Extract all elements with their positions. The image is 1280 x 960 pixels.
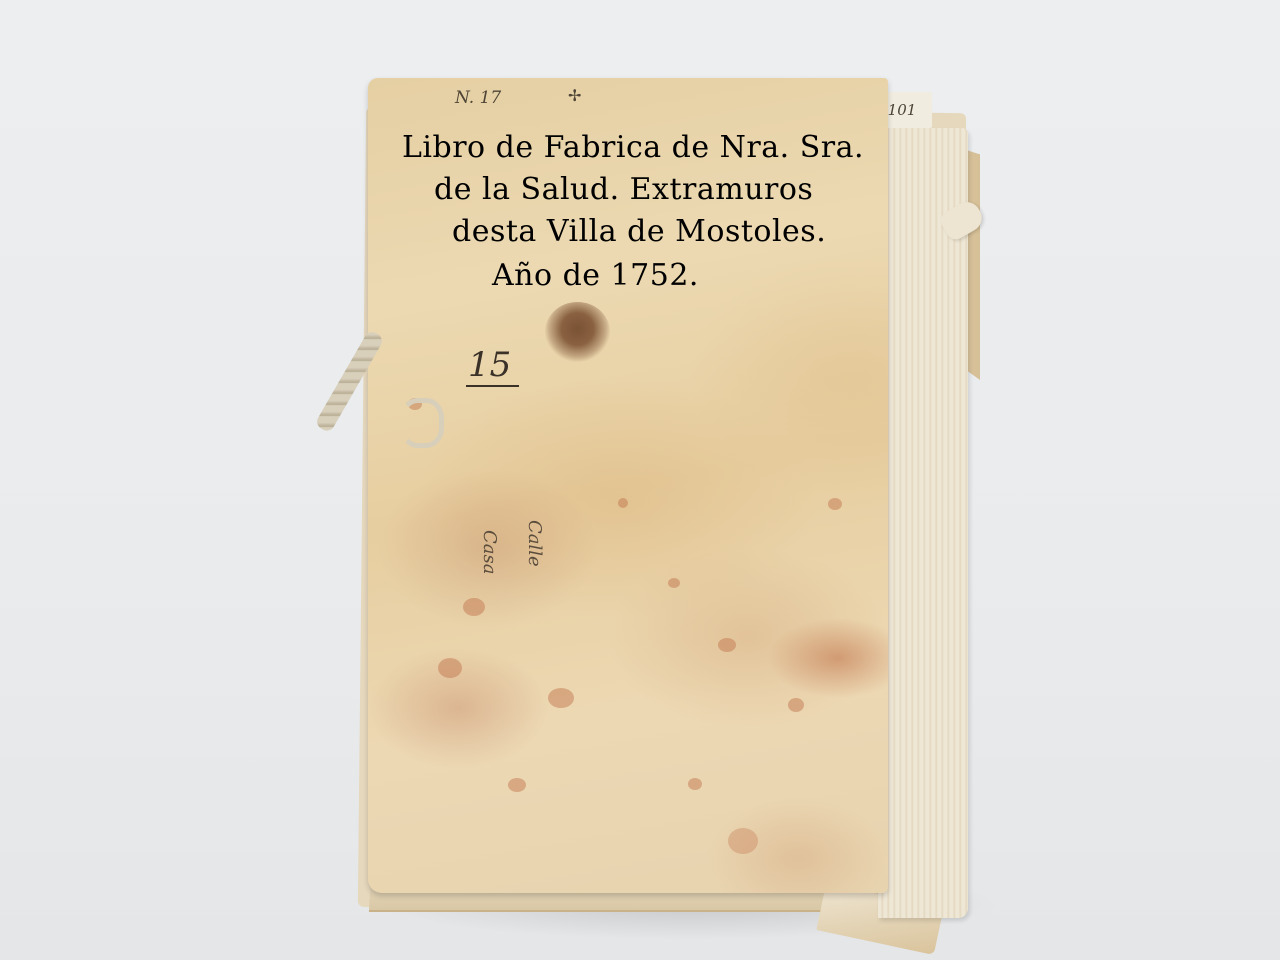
stain-spot	[788, 698, 804, 712]
title-line-1: Libro de Fabrica de Nra. Sra.	[402, 130, 864, 165]
title-line-4: Año de 1752.	[492, 258, 699, 293]
stain-spot	[718, 638, 736, 652]
stain-spot	[438, 658, 462, 678]
stain-spot	[668, 578, 680, 588]
cross-icon: ✢	[568, 86, 581, 105]
volume-number: 15	[466, 345, 519, 387]
shelfmark-label: N. 17	[455, 88, 501, 108]
title-line-3: desta Villa de Mostoles.	[452, 214, 826, 249]
handwritten-note: Calle	[524, 520, 545, 567]
stain-spot	[618, 498, 628, 508]
handwritten-note: Casa	[479, 530, 500, 574]
decorative-ornament-icon	[545, 302, 610, 362]
title-line-2: de la Salud. Extramuros	[434, 172, 813, 207]
page-fore-edge	[878, 128, 968, 918]
stain-spot	[688, 778, 702, 790]
stain-spot	[828, 498, 842, 510]
tie-cord-loop	[400, 398, 444, 448]
stain-spot	[463, 598, 485, 616]
stain-spot	[728, 828, 758, 854]
stain-spot	[508, 778, 526, 792]
stain-spot	[548, 688, 574, 708]
